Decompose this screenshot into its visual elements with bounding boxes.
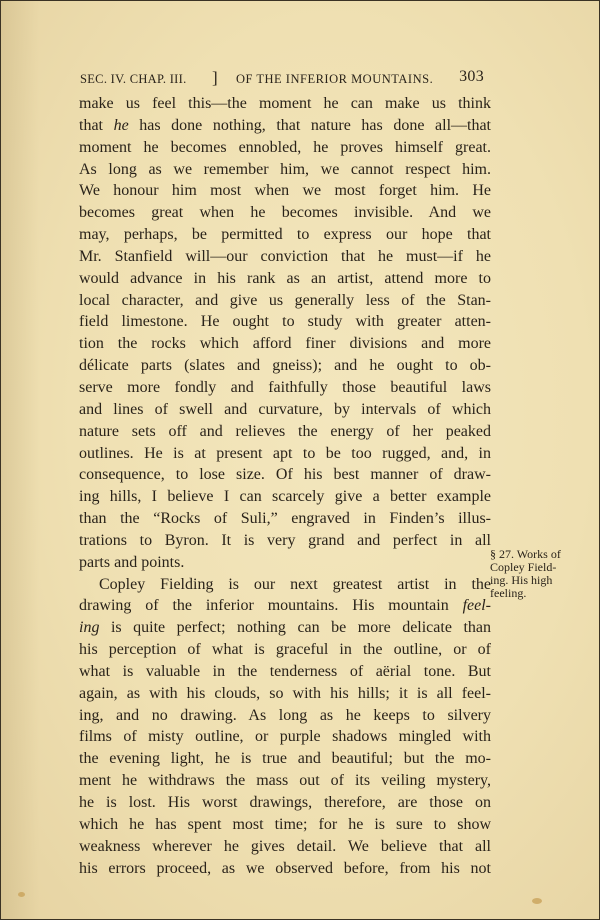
text-line: ing, and no drawing. As long as he keeps… <box>79 705 491 727</box>
page-gutter-shading <box>1 1 39 919</box>
text-line: outlines. He is at present apt to be too… <box>79 443 491 465</box>
text-line: may, perhaps, be permitted to express ou… <box>79 224 491 246</box>
text-line: his errors proceed, as we observed befor… <box>79 858 491 880</box>
foxing-spot <box>18 892 25 897</box>
text-line: consequence, to lose size. Of his best m… <box>79 464 491 486</box>
text-line: would advance in his rank as an artist, … <box>79 268 491 290</box>
running-head: SEC. IV. CHAP. III. ] OF THE INFERIOR MO… <box>80 69 488 89</box>
text-line: As long as we remember him, we cannot re… <box>79 159 491 181</box>
text-line: trations to Byron. It is very grand and … <box>79 530 491 552</box>
marginal-note-line: feeling. <box>490 587 596 600</box>
chapter-title: OF THE INFERIOR MOUNTAINS. <box>236 72 433 87</box>
text-line: drawing of the inferior mountains. His m… <box>79 595 491 617</box>
text-line: local character, and give us generally l… <box>79 290 491 312</box>
page-number: 303 <box>459 68 484 86</box>
paragraph-end-line: parts and points. <box>79 552 491 574</box>
text-line: We honour him most when we most forget h… <box>79 180 491 202</box>
text-line: make us feel this—the moment he can make… <box>79 93 491 115</box>
text-line: films of misty outline, or purple shadow… <box>79 726 491 748</box>
text-line: ing is quite perfect; nothing can be mor… <box>79 617 491 639</box>
section-chapter-label: SEC. IV. CHAP. III. <box>80 72 187 87</box>
text-line: his perception of what is graceful in th… <box>79 639 491 661</box>
book-page: SEC. IV. CHAP. III. ] OF THE INFERIOR MO… <box>0 0 600 920</box>
text-line: he is lost. His worst drawings, therefor… <box>79 792 491 814</box>
text-line: that he has done nothing, that nature ha… <box>79 115 491 137</box>
paragraph-start-line: Copley Fielding is our next greatest art… <box>79 574 491 596</box>
text-line: ing hills, I believe I can scarcely give… <box>79 486 491 508</box>
text-line: the evening light, he is true and beauti… <box>79 748 491 770</box>
text-line: which he has spent most time; for he is … <box>79 814 491 836</box>
text-line: and lines of swell and curvature, by int… <box>79 399 491 421</box>
text-line: field limestone. He ought to study with … <box>79 311 491 333</box>
text-line: what is valuable in the tenderness of aë… <box>79 661 491 683</box>
body-text: make us feel this—the moment he can make… <box>79 93 491 879</box>
marginal-note: § 27. Works of Copley Field- ing. His hi… <box>490 548 596 600</box>
text-line: délicate parts (slates and gneiss); and … <box>79 355 491 377</box>
text-line: again, as with his clouds, so with his h… <box>79 683 491 705</box>
text-line: Mr. Stanfield will—our conviction that h… <box>79 246 491 268</box>
foxing-spot <box>532 898 542 904</box>
text-line: weakness wherever he gives detail. We be… <box>79 836 491 858</box>
text-line: becomes great when he becomes invisible.… <box>79 202 491 224</box>
text-line: moment he becomes ennobled, he proves hi… <box>79 137 491 159</box>
text-line: tion the rocks which afford finer divisi… <box>79 333 491 355</box>
text-line: nature sets off and relieves the energy … <box>79 421 491 443</box>
running-head-bracket: ] <box>212 68 218 88</box>
text-line: ment he withdraws the mass out of its ve… <box>79 770 491 792</box>
text-line: serve more fondly and faithfully those b… <box>79 377 491 399</box>
text-line: than the “Rocks of Suli,” engraved in Fi… <box>79 508 491 530</box>
